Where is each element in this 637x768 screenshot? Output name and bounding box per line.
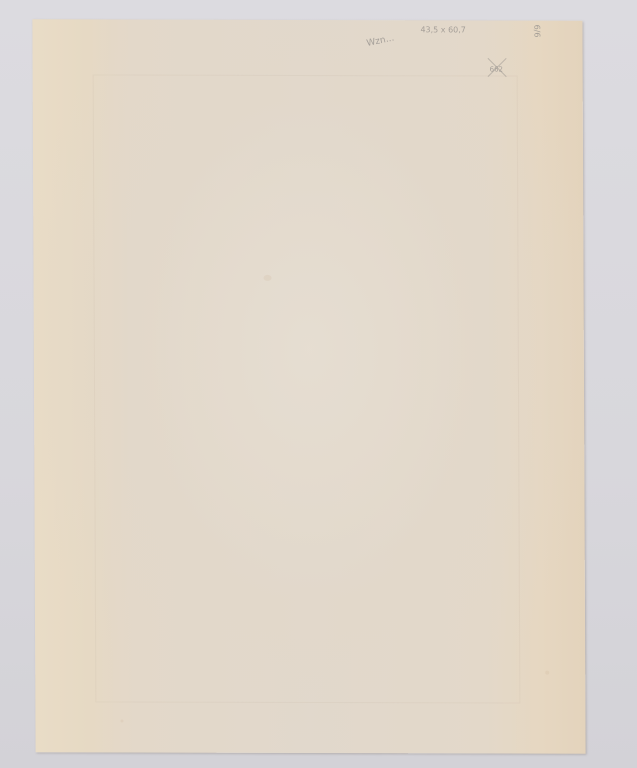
pencil-crossed-number: 662 xyxy=(490,65,503,73)
pencil-fraction-annotation: 6/6 xyxy=(532,25,541,38)
pencil-dimensions-annotation: 43,5 x 60,7 xyxy=(420,25,465,34)
stain xyxy=(120,720,123,723)
stain xyxy=(264,275,272,281)
pencil-name-annotation: Wzn... xyxy=(366,33,395,49)
stain xyxy=(545,671,549,675)
plate-mark xyxy=(93,74,521,703)
paper-sheet: Wzn... 43,5 x 60,7 6/6 662 xyxy=(32,19,585,753)
